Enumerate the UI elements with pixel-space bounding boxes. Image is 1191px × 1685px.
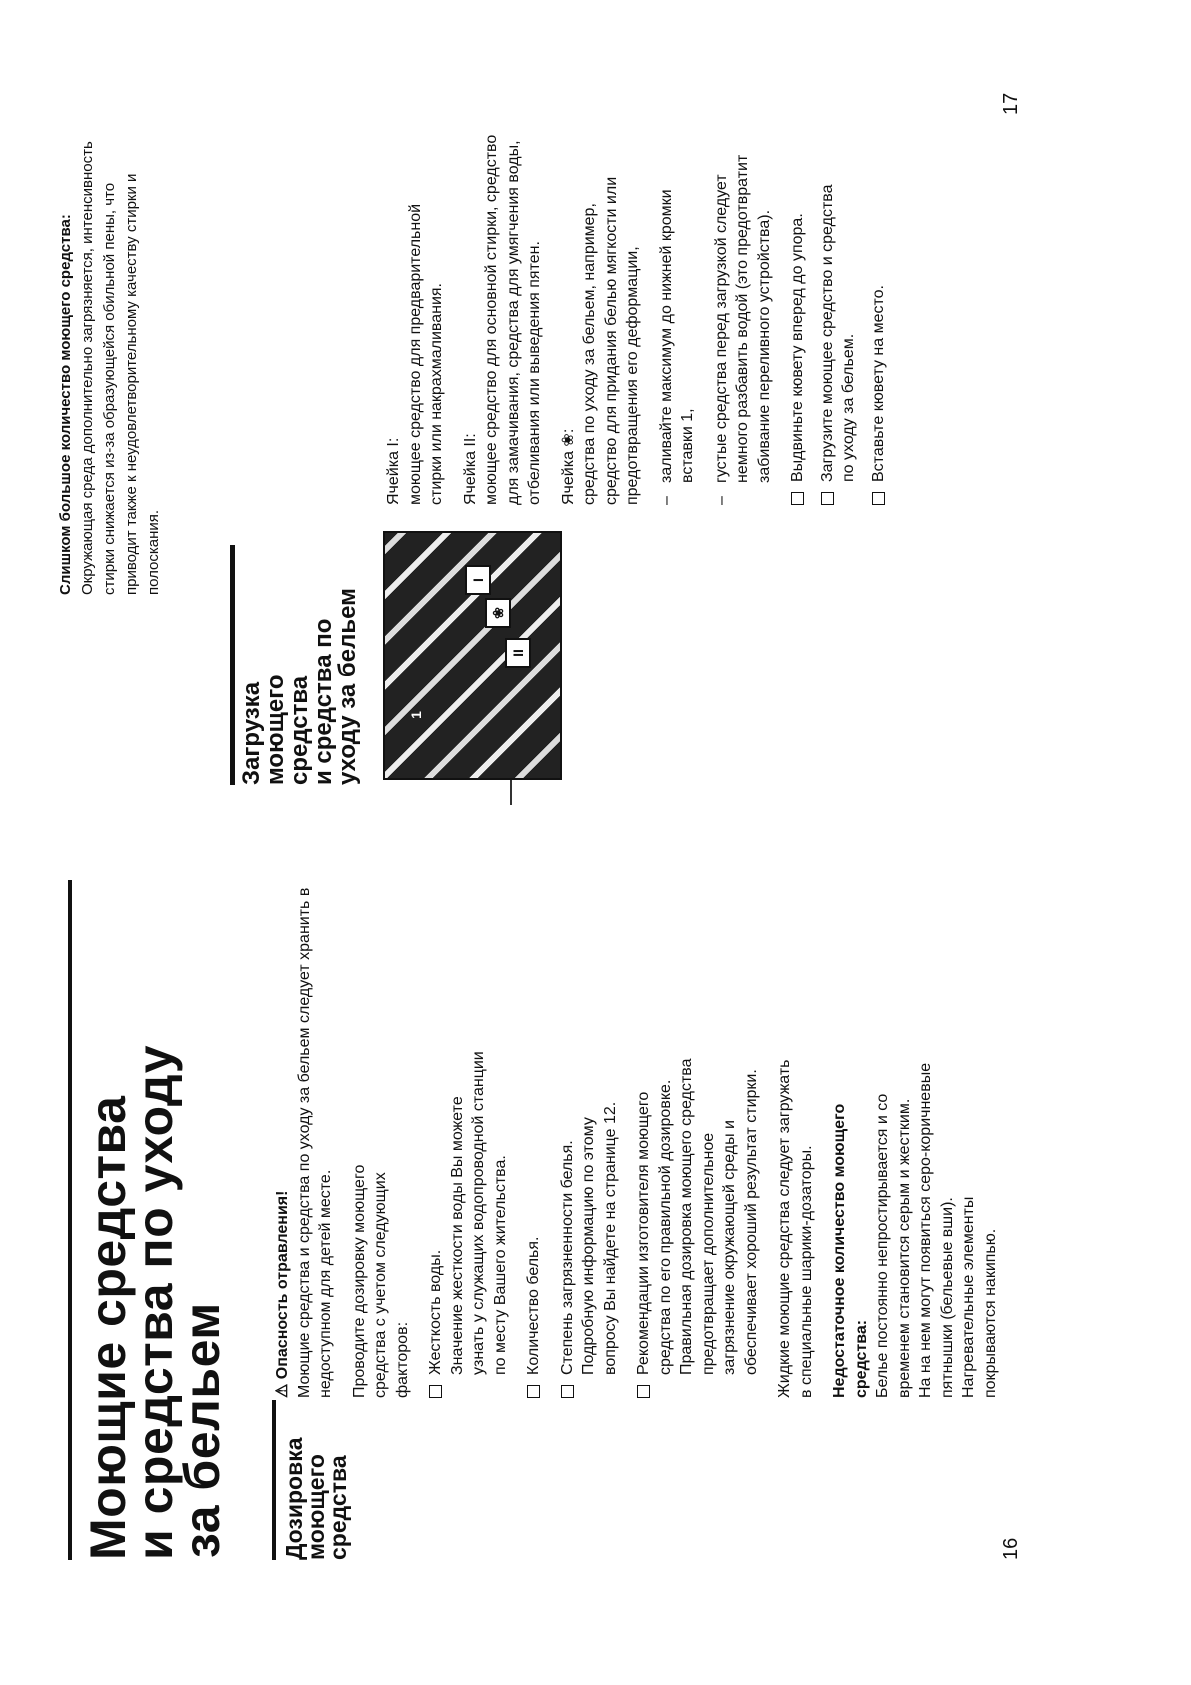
warning-title: ⚠ Опасность отравления!: [272, 838, 294, 1398]
document-spread: Моющие средства и средства по уходу за б…: [0, 0, 1191, 1685]
cell-label-flower-icon: ❀: [485, 598, 511, 628]
section-rule: [230, 545, 235, 785]
cells-description: Ячейка I: моющее средство для предварите…: [383, 105, 901, 505]
factor-detail: Подробную информацию по этому вопросу Вы…: [578, 1085, 621, 1375]
heading-line: средства: [327, 1410, 349, 1560]
factor-label: Рекомендации изготовителя моющего средст…: [633, 1045, 676, 1375]
factor-label: Количество белья.: [523, 1237, 545, 1376]
cell-label-II: II: [505, 638, 531, 668]
dash-bullet: –: [656, 483, 699, 505]
dosage-body: ⚠ Опасность отравления! Моющие средства …: [272, 838, 1001, 1398]
checkbox-bullet-icon: [791, 492, 804, 505]
heading-line: Загрузка: [240, 545, 264, 785]
title-line: за бельем: [179, 860, 226, 1560]
warning-text: Моющие средства и средства по уходу за б…: [294, 853, 337, 1398]
excess-detergent: Слишком большое количество моющего средс…: [55, 135, 165, 595]
checkbox-bullet-icon: [821, 492, 834, 505]
dash-bullet: –: [711, 483, 776, 505]
dash-item: – заливайте максимум до нижней кромки вс…: [656, 165, 699, 505]
dash-text: густые средства перед загрузкой следует …: [711, 125, 776, 483]
section-heading-dosage: Дозировка моющего средства: [283, 1410, 349, 1560]
title-line: Моющие средства: [85, 860, 132, 1560]
factor-detail: Значение жесткости воды Вы можете узнать…: [447, 1045, 512, 1375]
insufficient-line: Нагревательные элементы покрываются наки…: [958, 1098, 1001, 1398]
heading-line: моющего: [264, 545, 288, 785]
intro-text: Проводите дозировку моющего средства с у…: [349, 1098, 414, 1398]
title-rule: [68, 880, 72, 1560]
insert-label-1: 1: [405, 702, 427, 728]
insufficient-line: На на нем могут появиться серо-коричневы…: [915, 1048, 958, 1398]
cell-title: Ячейка ❀:: [560, 429, 577, 505]
cell-text: моющее средство для предварительной стир…: [407, 204, 446, 505]
factor-item: Количество белья.: [523, 838, 545, 1398]
excess-title: Слишком большое количество моющего средс…: [55, 165, 77, 595]
heading-line: и средства по: [312, 545, 336, 785]
heading-line: уходу за бельем: [336, 545, 360, 785]
checkbox-bullet-icon: [561, 1385, 574, 1398]
cell-title: Ячейка I:: [385, 438, 402, 505]
liquid-note: Жидкие моющие средства следует загружать…: [774, 1058, 817, 1398]
title-line: и средства по уходу: [132, 860, 179, 1560]
cell-label-I: I: [465, 565, 491, 595]
step-text: Загрузите моющее средство и средства по …: [817, 175, 860, 482]
checkbox-bullet-icon: [637, 1385, 650, 1398]
insufficient-line: Белье постоянно непростирывается и со вр…: [872, 1058, 915, 1398]
cell-1: Ячейка I: моющее средство для предварите…: [383, 165, 448, 505]
heading-line: моющего: [305, 1410, 327, 1560]
checkbox-bullet-icon: [429, 1385, 442, 1398]
factor-item: Рекомендации изготовителя моющего средст…: [633, 838, 762, 1398]
factor-detail: Правильная дозировка моющего средства пр…: [676, 1045, 762, 1375]
cell-title: Ячейка II:: [462, 433, 479, 505]
page-number-17: 17: [1000, 93, 1023, 115]
checkbox-bullet-icon: [872, 492, 885, 505]
heading-line: средства: [288, 545, 312, 785]
page-number-16: 16: [1000, 1538, 1023, 1560]
dash-text: заливайте максимум до нижней кромки вста…: [656, 165, 699, 483]
factor-item: Степень загрязненности белья. Подробную …: [557, 838, 622, 1398]
factor-label: Степень загрязненности белья.: [557, 1085, 579, 1375]
section-heading-loading: Загрузка моющего средства и средства по …: [240, 545, 360, 785]
checkbox-bullet-icon: [527, 1385, 540, 1398]
cell-text: средства по уходу за бельем, например, с…: [581, 177, 641, 505]
excess-text: Окружающая среда дополнительно загрязняе…: [77, 135, 165, 595]
step-item: Выдвиньте кювету вперед до упора.: [787, 105, 809, 505]
insufficient-title: Недостаточное количество моющего средств…: [829, 1098, 872, 1398]
detergent-drawer-image: I ❀ II 1: [383, 531, 562, 780]
factor-item: Жесткость воды. Значение жесткости воды …: [425, 838, 511, 1398]
step-item: Загрузите моющее средство и средства по …: [817, 175, 860, 505]
cell-text: моющее средство для основной стирки, сре…: [483, 135, 543, 505]
step-item: Вставьте кювету на место.: [868, 105, 890, 505]
step-text: Вставьте кювету на место.: [868, 285, 890, 482]
section-rule: [272, 1400, 276, 1560]
step-text: Выдвиньте кювету вперед до упора.: [787, 213, 809, 482]
cell-3: Ячейка ❀: средства по уходу за бельем, н…: [558, 145, 644, 505]
page-title: Моющие средства и средства по уходу за б…: [85, 860, 226, 1560]
dash-item: – густые средства перед загрузкой следуе…: [711, 125, 776, 505]
cell-2: Ячейка II: моющее средство для основной …: [460, 105, 546, 505]
heading-line: Дозировка: [283, 1410, 305, 1560]
factor-label: Жесткость воды.: [425, 1045, 447, 1375]
